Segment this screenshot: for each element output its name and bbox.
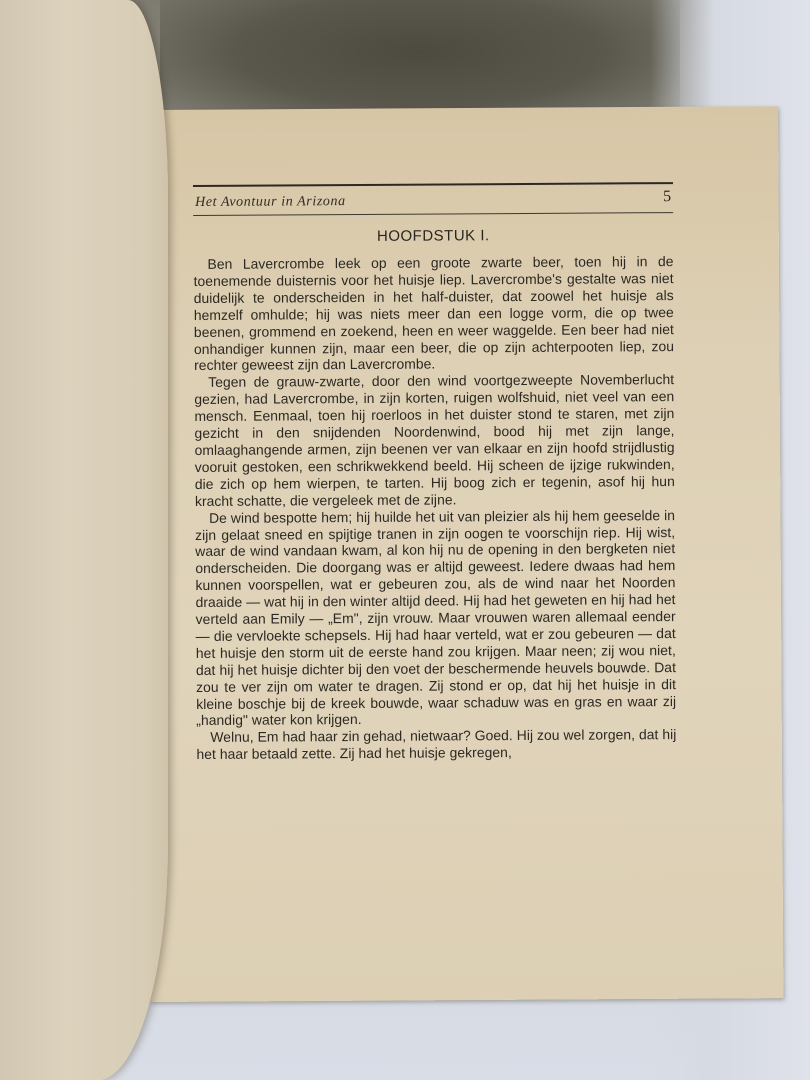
page-number: 5 — [663, 188, 671, 206]
paragraph: De wind bespotte hem; hij huilde het uit… — [195, 507, 676, 730]
page-content: Het Avontuur in Arizona 5 HOOFDSTUK I. B… — [193, 182, 677, 763]
running-header: Het Avontuur in Arizona 5 — [193, 182, 673, 216]
paragraph: Tegen de grauw-zwarte, door den wind voo… — [194, 371, 675, 509]
left-page-curled — [0, 0, 168, 1080]
chapter-title: HOOFDSTUK I. — [193, 226, 673, 246]
paragraph: Ben Lavercrombe leek op een groote zwart… — [193, 253, 674, 374]
paragraph: Welnu, Em had haar zin gehad, nietwaar? … — [196, 726, 676, 763]
running-title: Het Avontuur in Arizona — [195, 194, 346, 211]
